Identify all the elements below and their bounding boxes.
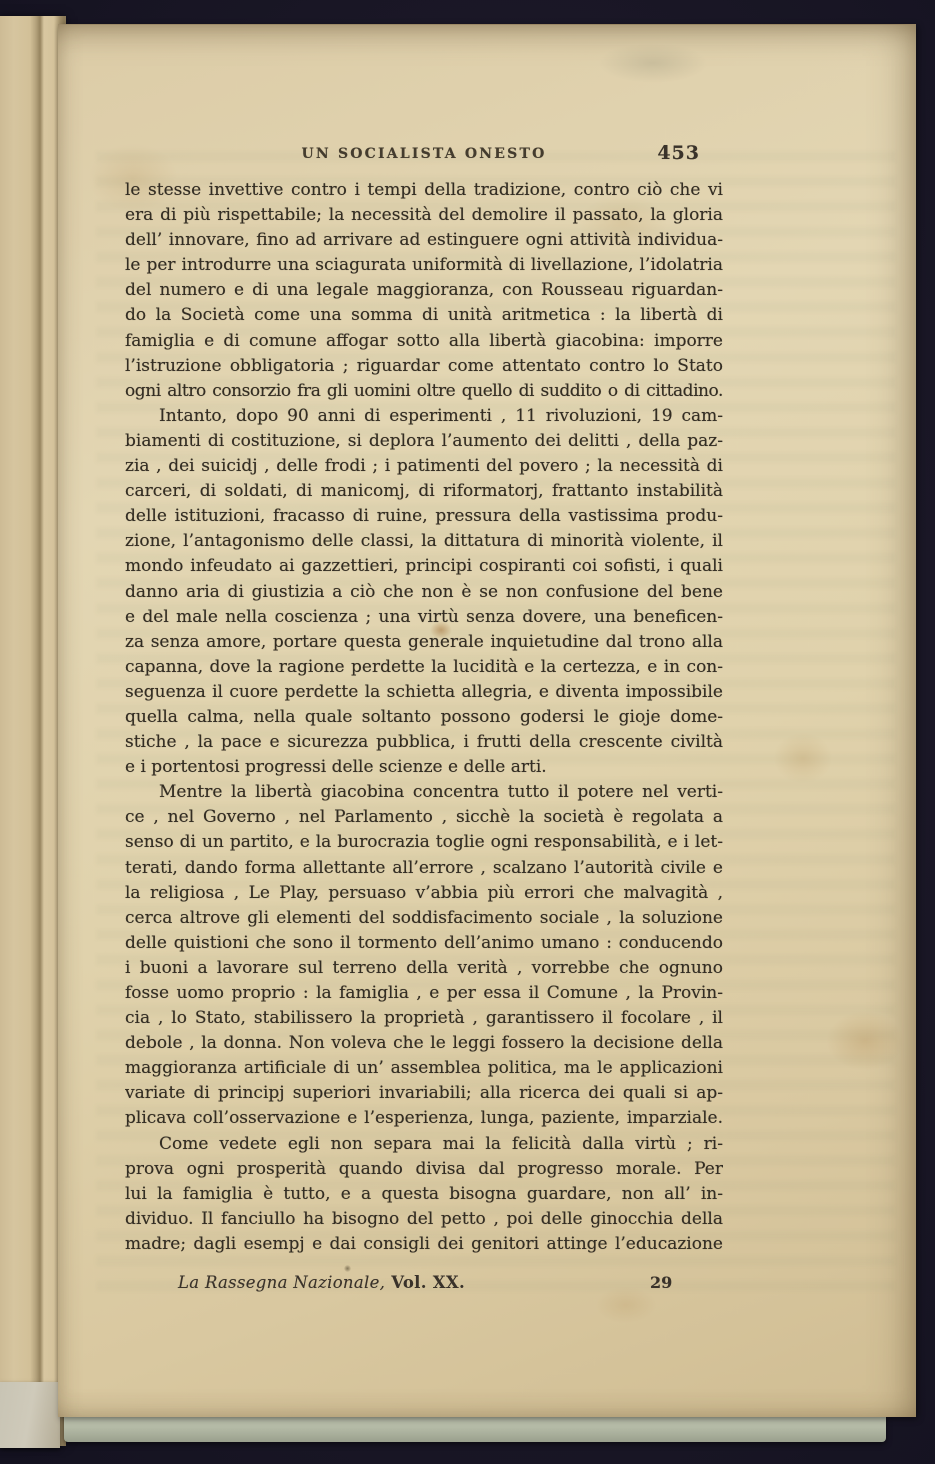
- text-line: seguenza il cuore perdette la schietta a…: [125, 680, 723, 705]
- text-line: madre; dagli esempj e dai consigli dei g…: [125, 1232, 723, 1257]
- text-line: dividuo. Il fanciullo ha bisogno del pet…: [125, 1207, 723, 1232]
- journal-volume: Vol. XX.: [385, 1273, 465, 1292]
- text-line: Mentre la libertà giacobina concentra tu…: [125, 780, 723, 805]
- printer-signature-number: 29: [650, 1273, 672, 1292]
- text-line: e del male nella coscienza ; una virtù s…: [125, 605, 723, 630]
- text-line: la religiosa , Le Play, persuaso v’abbia…: [125, 881, 723, 906]
- text-line: terati, dando forma allettante all’error…: [125, 856, 723, 881]
- text-line: e i portentosi progressi delle scienze e…: [125, 755, 723, 780]
- text-line: prova ogni prosperità quando divisa dal …: [125, 1157, 723, 1182]
- text-line: debole , la donna. Non voleva che le leg…: [125, 1031, 723, 1056]
- text-line: cerca altrove gli elementi del soddisfac…: [125, 906, 723, 931]
- paper-stain: [774, 733, 832, 783]
- text-line: biamenti di costituzione, si deplora l’a…: [125, 429, 723, 454]
- text-line: delle istituzioni, fracasso di ruine, pr…: [125, 504, 723, 529]
- text-line: lui la famiglia è tutto, e a questa biso…: [125, 1182, 723, 1207]
- text-line: dell’ innovare, fino ad arrivare ad esti…: [125, 228, 723, 253]
- text-line: famiglia e di comune affogar sotto alla …: [125, 329, 723, 354]
- text-line: ogni altro consorzio fra gli uomini oltr…: [125, 379, 723, 404]
- text-line: era di più rispettabile; la necessità de…: [125, 203, 723, 228]
- ink-speck: [344, 1265, 351, 1272]
- text-line: danno aria di giustizia a ciò che non è …: [125, 580, 723, 605]
- paper-stain: [598, 43, 708, 83]
- scanned-book-photo: { "document": { "header": { "title": "UN…: [0, 0, 935, 1464]
- text-line: i buoni a lavorare sul terreno della ver…: [125, 956, 723, 981]
- text-line: stiche , la pace e sicurezza pubblica, i…: [125, 730, 723, 755]
- text-line: fosse uomo proprio : la famiglia , e per…: [125, 981, 723, 1006]
- text-line: le per introdurre una sciagurata uniform…: [125, 253, 723, 278]
- text-line: zione, l’antagonismo delle classi, la di…: [125, 529, 723, 554]
- text-line: variate di principj superiori invariabil…: [125, 1081, 723, 1106]
- text-line: za senza amore, portare questa generale …: [125, 630, 723, 655]
- text-line: l’istruzione obbligatoria ; riguardar co…: [125, 354, 723, 379]
- book-page: UN SOCIALISTA ONESTO 453 le stesse invet…: [58, 24, 916, 1417]
- text-line: zia , dei suicidj , delle frodi ; i pati…: [125, 454, 723, 479]
- book-binding-corner: [0, 1382, 60, 1448]
- book-page-edges-left: [0, 16, 66, 1446]
- text-line: ce , nel Governo , nel Parlamento , sicc…: [125, 805, 723, 830]
- text-line: Intanto, dopo 90 anni di esperimenti , 1…: [125, 404, 723, 429]
- running-head: UN SOCIALISTA ONESTO 453: [125, 146, 723, 172]
- text-line: senso di un partito, e la burocrazia tog…: [125, 830, 723, 855]
- text-line: le stesse invettive contro i tempi della…: [125, 178, 723, 203]
- page-footer: La Rassegna Nazionale, Vol. XX. 29: [125, 1273, 723, 1299]
- text-line: delle quistioni che sono il tormento del…: [125, 931, 723, 956]
- chapter-title: UN SOCIALISTA ONESTO: [125, 146, 723, 162]
- text-line: carceri, di soldati, di manicomj, di rif…: [125, 479, 723, 504]
- text-line: del numero e di una legale maggioranza, …: [125, 278, 723, 303]
- text-line: cia , lo Stato, stabilissero la propriet…: [125, 1006, 723, 1031]
- text-line: mondo infeudato ai gazzettieri, principi…: [125, 554, 723, 579]
- text-line: capanna, dove la ragione perdette la luc…: [125, 655, 723, 680]
- page-number: 453: [657, 142, 700, 164]
- text-line: maggioranza artificiale di un’ assemblea…: [125, 1056, 723, 1081]
- text-line: plicava coll’osservazione e l’esperienza…: [125, 1106, 723, 1131]
- body-text: le stesse invettive contro i tempi della…: [125, 178, 723, 1257]
- journal-title: La Rassegna Nazionale,: [178, 1273, 385, 1292]
- text-line: quella calma, nella quale soltanto posso…: [125, 705, 723, 730]
- text-line: do la Società come una somma di unità ar…: [125, 303, 723, 328]
- paper-stain: [826, 1011, 904, 1071]
- text-line: Come vedete egli non separa mai la felic…: [125, 1132, 723, 1157]
